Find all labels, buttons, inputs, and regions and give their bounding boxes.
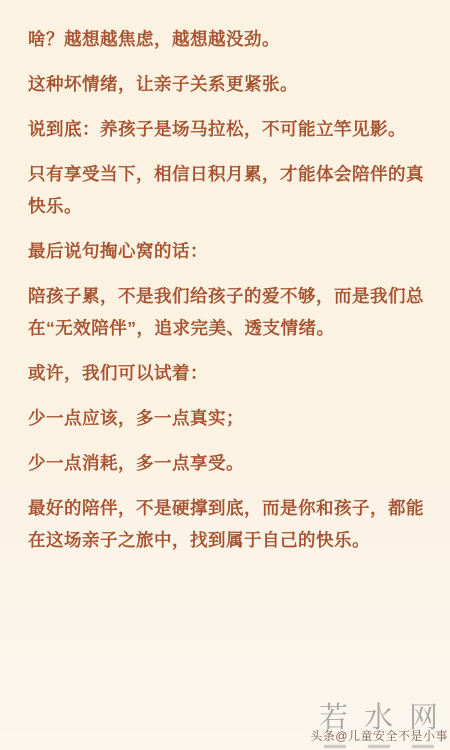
paragraph: 说到底：养孩子是场马拉松，不可能立竿见影。 [28, 113, 422, 145]
article-body: 啥？越想越焦虑，越想越没劲。这种坏情绪，让亲子关系更紧张。说到底：养孩子是场马拉… [0, 0, 450, 556]
paragraph: 最后说句掏心窝的话： [28, 235, 422, 267]
watermark-mark [368, 745, 390, 748]
paragraph: 或许，我们可以试着： [28, 357, 422, 389]
paragraph-line: 少一点应该，多一点真实； [28, 402, 422, 434]
paragraph-line: 快乐。 [28, 190, 422, 222]
paragraph: 少一点应该，多一点真实； [28, 402, 422, 434]
paragraph-line: 说到底：养孩子是场马拉松，不可能立竿见影。 [28, 113, 422, 145]
watermark-mark [412, 745, 434, 748]
paragraph: 啥？越想越焦虑，越想越没劲。 [28, 23, 422, 55]
article-page: 啥？越想越焦虑，越想越没劲。这种坏情绪，让亲子关系更紧张。说到底：养孩子是场马拉… [0, 0, 450, 750]
paragraph-line: 啥？越想越焦虑，越想越没劲。 [28, 23, 422, 55]
paragraph: 少一点消耗，多一点享受。 [28, 447, 422, 479]
paragraph: 陪孩子累，不是我们给孩子的爱不够，而是我们总在“无效陪伴”，追求完美、透支情绪。 [28, 280, 422, 344]
watermark-mark [324, 745, 346, 748]
watermark-byline: 头条@儿童安全不是小事 [310, 727, 448, 744]
paragraph: 最好的陪伴，不是硬撑到底，而是你和孩子，都能在这场亲子之旅中，找到属于自己的快乐… [28, 492, 422, 556]
paragraph-line: 少一点消耗，多一点享受。 [28, 447, 422, 479]
paragraph-line: 这种坏情绪，让亲子关系更紧张。 [28, 68, 422, 100]
watermark: 若水网 头条@儿童安全不是小事 [290, 696, 450, 750]
paragraph-line: 在“无效陪伴”，追求完美、透支情绪。 [28, 312, 422, 344]
paragraph-line: 最后说句掏心窝的话： [28, 235, 422, 267]
watermark-subtext-marks [324, 745, 434, 748]
paragraph-line: 最好的陪伴，不是硬撑到底，而是你和孩子，都能 [28, 492, 422, 524]
paragraph-line: 或许，我们可以试着： [28, 357, 422, 389]
paragraph-line: 陪孩子累，不是我们给孩子的爱不够，而是我们总 [28, 280, 422, 312]
paragraph: 只有享受当下，相信日积月累，才能体会陪伴的真快乐。 [28, 158, 422, 222]
paragraph: 这种坏情绪，让亲子关系更紧张。 [28, 68, 422, 100]
paragraph-line: 在这场亲子之旅中，找到属于自己的快乐。 [28, 524, 422, 556]
paragraph-line: 只有享受当下，相信日积月累，才能体会陪伴的真 [28, 158, 422, 190]
